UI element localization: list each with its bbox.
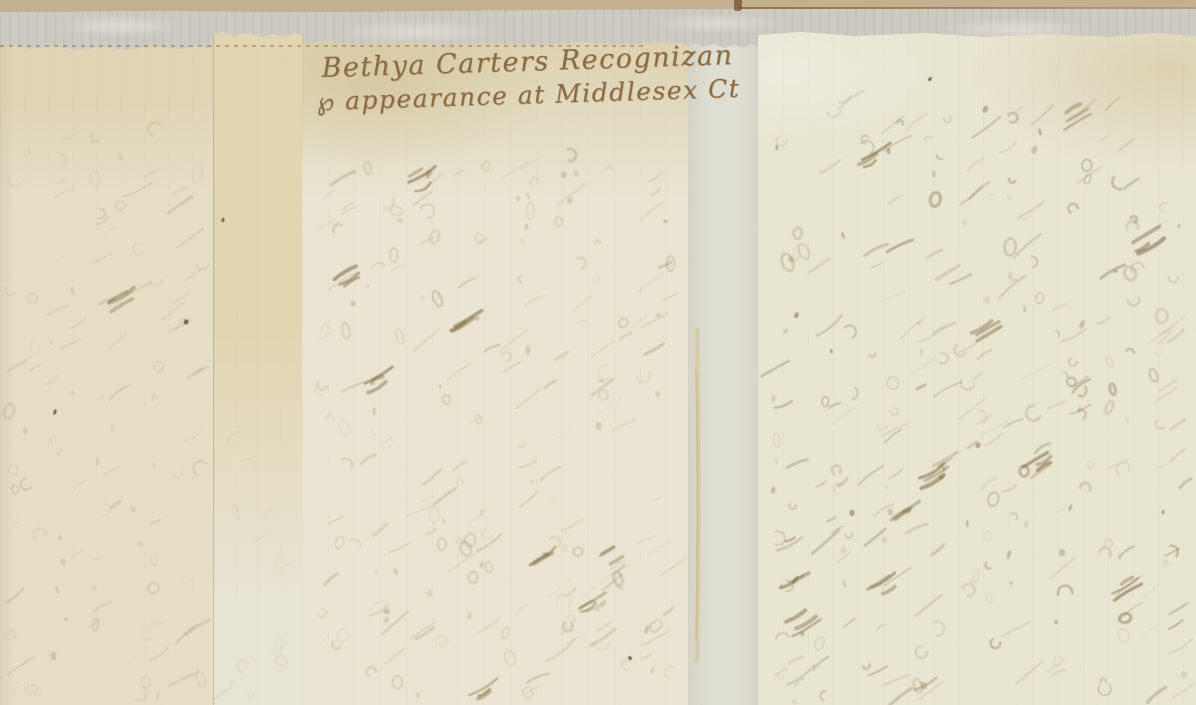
middle-sheet [302,39,689,705]
top-edge-notch [734,0,742,11]
browned-top-edge-line [738,7,1196,9]
manuscript-photo: Bethya Carters Recognizan ℘ appearance a… [0,0,1196,705]
backing-gap-strip [688,42,758,705]
left-sheet [0,43,213,705]
docket-title: Bethya Carters Recognizan ℘ appearance a… [321,40,703,118]
right-sheet [758,31,1196,705]
fold-strip [213,31,304,705]
